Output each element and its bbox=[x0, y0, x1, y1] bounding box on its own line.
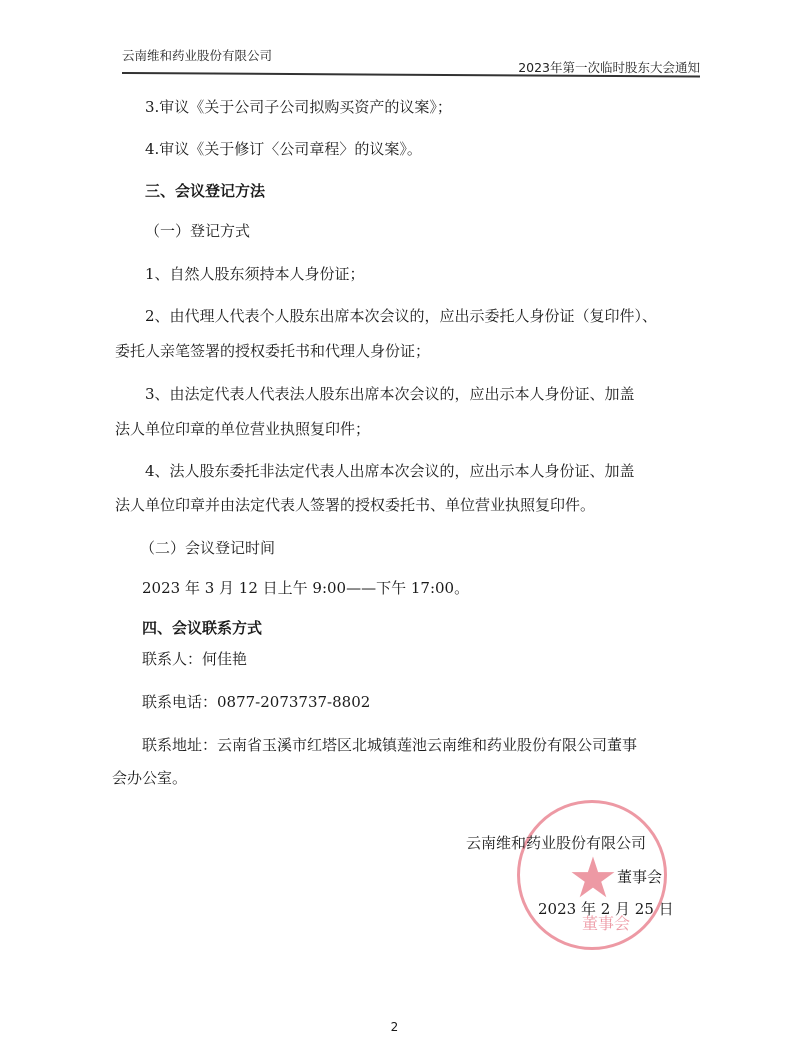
page-number: 2 bbox=[0, 1020, 789, 1034]
registration-rule-1: 1、自然人股东须持本人身份证； bbox=[145, 264, 365, 284]
agenda-item-4: 4.审议《关于修订〈公司章程〉的议案》。 bbox=[145, 139, 422, 159]
signature-board: 董事会 bbox=[617, 866, 662, 887]
page-header: 云南维和药业股份有限公司 2023年第一次临时股东大会通知 bbox=[122, 40, 700, 76]
registration-rule-2-line2: 委托人亲笔签署的授权委托书和代理人身份证； bbox=[115, 341, 430, 361]
contact-phone: 联系电话：0877-2073737-8802 bbox=[142, 692, 370, 712]
signature-company: 云南维和药业股份有限公司 bbox=[466, 832, 646, 853]
subsection-registration-time: （二）会议登记时间 bbox=[140, 538, 275, 558]
header-document-title: 2023年第一次临时股东大会通知 bbox=[518, 58, 700, 76]
agenda-item-3: 3.审议《关于公司子公司拟购买资产的议案》； bbox=[145, 97, 452, 117]
registration-rule-2-line1: 2、由代理人代表个人股东出席本次会议的，应出示委托人身份证（复印件）、 bbox=[145, 306, 657, 326]
registration-rule-3-line1: 3、由法定代表人代表法人股东出席本次会议的，应出示本人身份证、加盖 bbox=[145, 384, 635, 404]
contact-address-line1: 联系地址：云南省玉溪市红塔区北城镇莲池云南维和药业股份有限公司董事 bbox=[142, 735, 637, 755]
section-heading-contact: 四、会议联系方式 bbox=[142, 618, 262, 638]
contact-address-line2: 会办公室。 bbox=[112, 768, 187, 788]
subsection-registration-method: （一）登记方式 bbox=[145, 221, 250, 241]
signature-date: 2023 年 2 月 25 日 bbox=[538, 898, 674, 919]
header-company-name: 云南维和药业股份有限公司 bbox=[122, 46, 272, 64]
registration-time-value: 2023 年 3 月 12 日上午 9:00——下午 17:00。 bbox=[142, 578, 469, 598]
registration-rule-3-line2: 法人单位印章的单位营业执照复印件； bbox=[115, 419, 370, 439]
section-heading-registration: 三、会议登记方法 bbox=[145, 181, 265, 201]
contact-person: 联系人：何佳艳 bbox=[142, 649, 247, 669]
registration-rule-4-line1: 4、法人股东委托非法定代表人出席本次会议的，应出示本人身份证、加盖 bbox=[145, 461, 635, 481]
registration-rule-4-line2: 法人单位印章并由法定代表人签署的授权委托书、单位营业执照复印件。 bbox=[115, 495, 595, 515]
